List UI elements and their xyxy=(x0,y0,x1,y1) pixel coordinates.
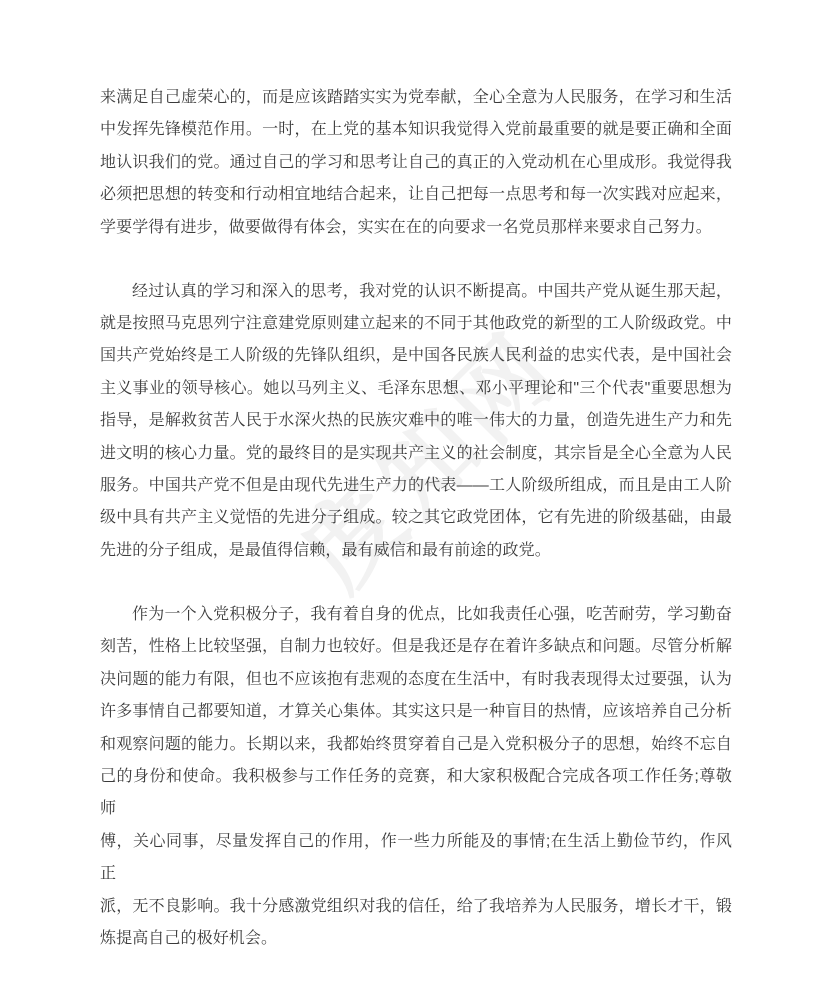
text-line: 经过认真的学习和深入的思考，我对党的认识不断提高。中国共产党从诞生那天起， xyxy=(100,276,732,308)
text-line: 决问题的能力有限，但也不应该抱有悲观的态度在生活中，有时我表现得太过要强，认为 xyxy=(100,664,732,696)
text-line: 学要学得有进步，做要做得有体会，实实在在的向要求一名党员那样来要求自己努力。 xyxy=(100,212,732,244)
text-line: 许多事情自己都要知道，才算关心集体。其实这只是一种盲目的热情，应该培养自己分析 xyxy=(100,696,732,728)
text-line: 国共产党始终是工人阶级的先锋队组织，是中国各民族人民利益的忠实代表，是中国社会 xyxy=(100,340,732,372)
text-line: 刻苦，性格上比较坚强，自制力也较好。但是我还是存在着许多缺点和问题。尽管分析解 xyxy=(100,631,732,663)
text-line: 必须把思想的转变和行动相宜地结合起来，让自己把每一点思考和每一次实践对应起来， xyxy=(100,179,732,211)
text-line: 派，无不良影响。我十分感激党组织对我的信任，给了我培养为人民服务，增长才干，锻 xyxy=(100,891,732,923)
text-line: 炼提高自己的极好机会。 xyxy=(100,923,732,955)
text-line: 己的身份和使命。我积极参与工作任务的竞赛，和大家积极配合完成各项工作任务;尊敬师 xyxy=(100,761,732,826)
text-line: 指导，是解救贫苦人民于水深火热的民族灾难中的唯一伟大的力量，创造先进生产力和先 xyxy=(100,405,732,437)
text-line: 主义事业的领导核心。她以马列主义、毛泽东思想、邓小平理论和"三个代表"重要思想为 xyxy=(100,373,732,405)
text-line: 中发挥先锋模范作用。一时，在上党的基本知识我觉得入党前最重要的就是要正确和全面 xyxy=(100,114,732,146)
text-line: 傅，关心同事，尽量发挥自己的作用，作一些力所能及的事情;在生活上勤俭节约，作风正 xyxy=(100,826,732,891)
document-body: 来满足自己虚荣心的，而是应该踏踏实实为党奉献，全心全意为人民服务，在学习和生活中… xyxy=(100,82,732,955)
text-line: 作为一个入党积极分子，我有着自身的优点，比如我责任心强，吃苦耐劳，学习勤奋 xyxy=(100,599,732,631)
text-line: 进文明的核心力量。党的最终目的是实现共产主义的社会制度，其宗旨是全心全意为人民 xyxy=(100,438,732,470)
paragraph: 作为一个入党积极分子，我有着自身的优点，比如我责任心强，吃苦耐劳，学习勤奋刻苦，… xyxy=(100,599,732,955)
text-line: 地认识我们的党。通过自己的学习和思考让自己的真正的入党动机在心里成形。我觉得我 xyxy=(100,147,732,179)
document-page: 度知网 来满足自己虚荣心的，而是应该踏踏实实为党奉献，全心全意为人民服务，在学习… xyxy=(0,0,830,986)
text-line: 服务。中国共产党不但是由现代先进生产力的代表——工人阶级所组成，而且是由工人阶 xyxy=(100,470,732,502)
paragraph: 来满足自己虚荣心的，而是应该踏踏实实为党奉献，全心全意为人民服务，在学习和生活中… xyxy=(100,82,732,244)
text-line: 来满足自己虚荣心的，而是应该踏踏实实为党奉献，全心全意为人民服务，在学习和生活 xyxy=(100,82,732,114)
paragraph: 经过认真的学习和深入的思考，我对党的认识不断提高。中国共产党从诞生那天起，就是按… xyxy=(100,276,732,568)
text-line: 级中具有共产主义觉悟的先进分子组成。较之其它政党团体，它有先进的阶级基础，由最 xyxy=(100,502,732,534)
text-line: 就是按照马克思列宁注意建党原则建立起来的不同于其他政党的新型的工人阶级政党。中 xyxy=(100,308,732,340)
text-line: 和观察问题的能力。长期以来，我都始终贯穿着自己是入党积极分子的思想，始终不忘自 xyxy=(100,729,732,761)
text-line: 先进的分子组成，是最值得信赖，最有威信和最有前途的政党。 xyxy=(100,535,732,567)
